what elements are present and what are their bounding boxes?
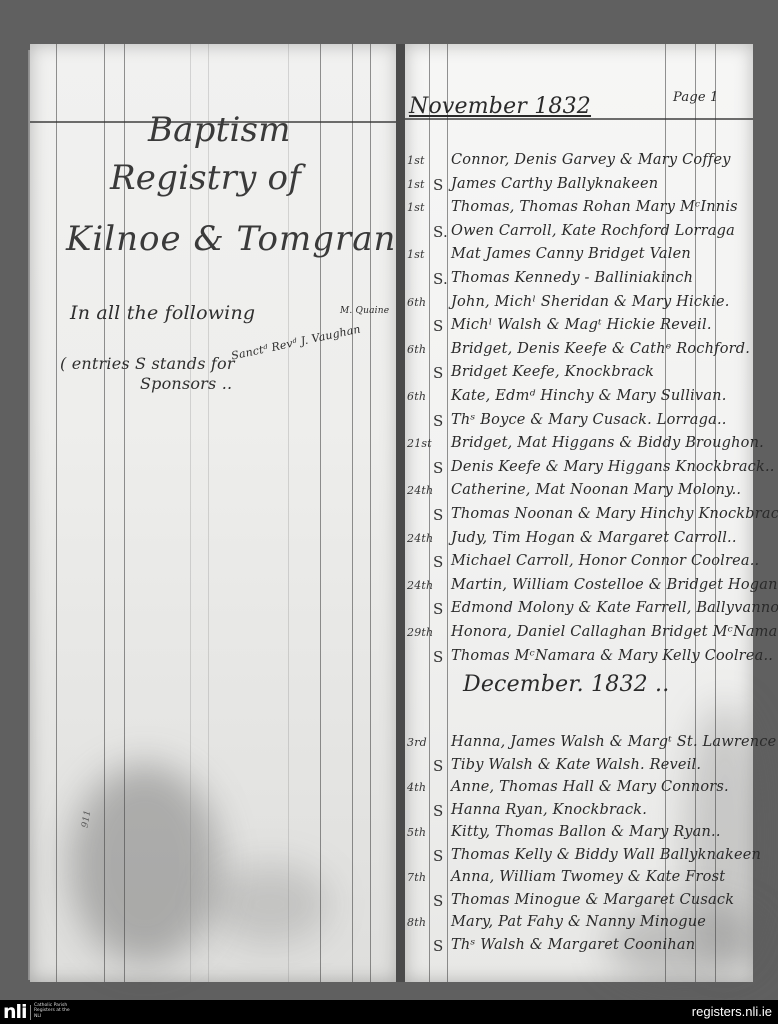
baptism-entry: Thomas Minogue & Margaret Cusack <box>451 892 734 908</box>
entry-date: 1st <box>407 248 425 261</box>
entry-date: 3rd <box>407 736 427 749</box>
sponsor-marker: S <box>433 506 443 524</box>
baptism-entry: Thomas Kennedy - Balliniakinch <box>451 270 693 286</box>
sponsor-marker: S. <box>433 270 448 288</box>
sponsor-marker: S <box>433 937 443 955</box>
baptism-entry: Hanna Ryan, Knockbrack. <box>451 802 647 818</box>
page-month-heading: November 1832 <box>409 94 591 119</box>
entry-date: 6th <box>407 343 426 356</box>
entry-date: 8th <box>407 916 426 929</box>
baptism-entry: Kitty, Thomas Ballon & Mary Ryan.. <box>451 824 721 840</box>
baptism-entry: Kate, Edmᵈ Hinchy & Mary Sullivan. <box>451 388 727 404</box>
baptism-entry: James Carthy Ballyknakeen <box>451 176 658 192</box>
sponsor-marker: S <box>433 364 443 382</box>
baptism-entry: Thomas MᶜNamara & Mary Kelly Coolrea.. <box>451 648 773 664</box>
baptism-entry: Connor, Denis Garvey & Mary Coffey <box>451 152 731 168</box>
baptism-entry: John, Michˡ Sheridan & Mary Hickie. <box>451 294 730 310</box>
baptism-entry: Bridget, Denis Keefe & Cathᵉ Rochford. <box>451 341 750 357</box>
entry-date: 5th <box>407 826 426 839</box>
entry-date: 4th <box>407 781 426 794</box>
sponsor-marker: S <box>433 553 443 571</box>
baptism-entry: Anne, Thomas Hall & Mary Connors. <box>451 779 729 795</box>
left-page: Baptism Registry of Kilnoe & Tomgraney I… <box>30 44 398 982</box>
page-number-label: Page 1 <box>673 90 719 105</box>
baptism-entry: Thomas Noonan & Mary Hinchy Knockbrack <box>451 506 778 522</box>
sponsor-marker: S <box>433 412 443 430</box>
baptism-entry: Hanna, James Walsh & Margᵗ St. Lawrence <box>451 734 776 750</box>
baptism-entry: Anna, William Twomey & Kate Frost <box>451 869 725 885</box>
baptism-entry: Bridget, Mat Higgans & Biddy Broughon. <box>451 435 764 451</box>
baptism-entry: Thˢ Walsh & Margaret Coonihan <box>451 937 695 953</box>
entry-date: 1st <box>407 178 425 191</box>
entry-date: 24th <box>407 579 433 592</box>
sponsor-marker: S <box>433 648 443 666</box>
sponsor-marker: S. <box>433 223 448 241</box>
baptism-entry: Bridget Keefe, Knockbrack <box>451 364 654 380</box>
footer-bar: nli Catholic Parish Registers at the NLI… <box>0 1000 778 1024</box>
entry-date: 1st <box>407 154 425 167</box>
register-title-line-1: Baptism <box>148 110 291 150</box>
entry-date: 1st <box>407 201 425 214</box>
note-line-3: Sponsors .. <box>140 374 232 393</box>
entry-date: 29th <box>407 626 433 639</box>
note-line-2: ( entries S stands for <box>60 354 235 373</box>
baptism-entry: Martin, William Costelloe & Bridget Hoga… <box>451 577 778 593</box>
site-url-link[interactable]: registers.nli.ie <box>692 1004 772 1019</box>
baptism-entry: Thˢ Boyce & Mary Cusack. Lorraga.. <box>451 412 727 428</box>
right-page: November 1832 Page 1 1stConnor, Denis Ga… <box>405 44 753 982</box>
december-heading: December. 1832 .. <box>463 672 669 697</box>
baptism-entry: Thomas Kelly & Biddy Wall Ballyknakeen <box>451 847 761 863</box>
nli-logo[interactable]: nli <box>3 1003 27 1021</box>
baptism-entry: Michˡ Walsh & Magᵗ Hickie Reveil. <box>451 317 712 333</box>
baptism-entry: Tiby Walsh & Kate Walsh. Reveil. <box>451 757 701 773</box>
document-viewer: Baptism Registry of Kilnoe & Tomgraney I… <box>0 0 778 1000</box>
sponsor-marker: S <box>433 847 443 865</box>
entry-date: 7th <box>407 871 426 884</box>
baptism-entry: Honora, Daniel Callaghan Bridget MᶜNamar… <box>451 624 778 640</box>
baptism-entry: Thomas, Thomas Rohan Mary MᶜInnis <box>451 199 738 215</box>
sponsor-marker: S <box>433 600 443 618</box>
baptism-entry: Catherine, Mat Noonan Mary Molony.. <box>451 482 741 498</box>
register-title-line-2: Registry of <box>110 158 301 198</box>
entry-date: 24th <box>407 532 433 545</box>
baptism-entry: Owen Carroll, Kate Rochford Lorraga <box>451 223 735 239</box>
logo-divider <box>30 1005 31 1020</box>
marginal-note-quaine: M. Quaine <box>340 306 389 316</box>
entry-date: 21st <box>407 437 432 450</box>
baptism-entry: Denis Keefe & Mary Higgans Knockbrack.. <box>451 459 775 475</box>
baptism-entry: Judy, Tim Hogan & Margaret Carroll.. <box>451 530 737 546</box>
sponsor-marker: S <box>433 757 443 775</box>
sponsor-marker: S <box>433 459 443 477</box>
entry-date: 6th <box>407 296 426 309</box>
baptism-entry: Edmond Molony & Kate Farrell, Ballyvanno… <box>451 600 778 616</box>
entry-date: 24th <box>407 484 433 497</box>
marginal-note-vaughan: Sanctᵈ Revᵈ J. Vaughan <box>230 322 362 362</box>
note-line-1: In all the following <box>70 302 255 324</box>
baptism-entry: Michael Carroll, Honor Connor Coolrea.. <box>451 553 759 569</box>
baptism-entry: Mary, Pat Fahy & Nanny Minogue <box>451 914 706 930</box>
register-title-line-3: Kilnoe & Tomgraney <box>66 219 438 259</box>
sponsor-marker: S <box>433 176 443 194</box>
sponsor-marker: S <box>433 802 443 820</box>
sponsor-marker: S <box>433 317 443 335</box>
baptism-entry: Mat James Canny Bridget Valen <box>451 246 691 262</box>
sponsor-marker: S <box>433 892 443 910</box>
nli-caption: Catholic Parish Registers at the NLI <box>34 1003 74 1019</box>
entry-date: 6th <box>407 390 426 403</box>
